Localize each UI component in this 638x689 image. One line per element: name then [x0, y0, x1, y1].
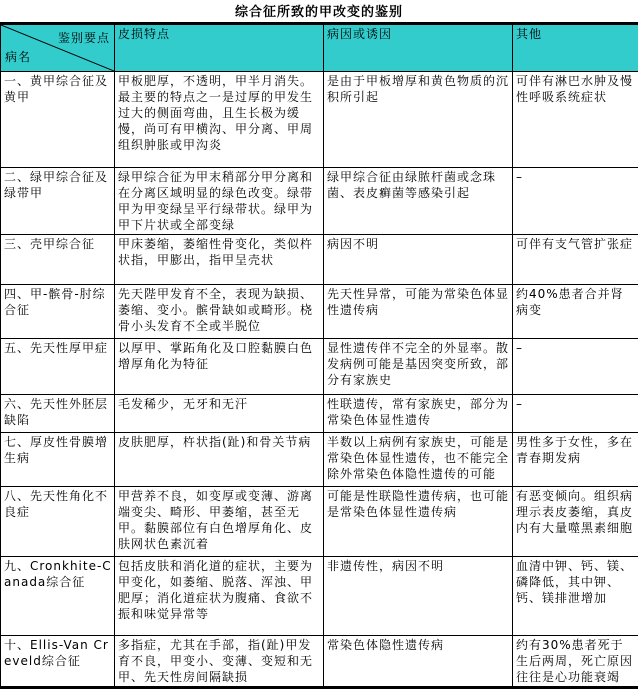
table-header: 鉴别要点 病名 皮损特点 病因或诱因 其他	[1, 24, 638, 72]
table-body: 一、黄甲综合征及黄甲 甲板肥厚，不透明，甲半月消失。最主要的特点之一是过厚的甲发…	[1, 72, 638, 688]
cause-cell: 半数以上病例有家族史，可能是常染色体显性遗传，也不能完全除外常染色体隐性遗传的可…	[324, 433, 513, 487]
disease-name-cell: 十、Ellis-Van Creveld综合征	[1, 636, 115, 688]
corner-top-label: 鉴别要点	[58, 30, 110, 46]
cause-cell: 常染色体隐性遗传病	[324, 636, 513, 688]
disease-name-cell: 九、Cronkhite-Canada综合征	[1, 557, 115, 636]
table-row: 九、Cronkhite-Canada综合征 包括皮肤和消化道的症状，主要为甲变化…	[1, 557, 638, 636]
differential-table: 鉴别要点 病名 皮损特点 病因或诱因 其他 一、黄甲综合征及黄甲 甲板肥厚，不透…	[0, 22, 638, 689]
lesion-cell: 甲床萎缩，萎缩性骨变化，类似杵状指，甲膨出，指甲呈壳状	[115, 235, 324, 285]
table-row: 八、先天性角化不良症 甲营养不良，如变厚或变薄、游离端变尖、畸形、甲萎缩，甚至无…	[1, 487, 638, 557]
corner-cell: 鉴别要点 病名	[1, 24, 115, 72]
lesion-cell: 毛发稀少，无牙和无汗	[115, 395, 324, 433]
cause-cell: 非遗传性，病因不明	[324, 557, 513, 636]
cause-cell: 显性遗传伴不完全的外显率。散发病例可能是基因突变所致，部分有家族史	[324, 339, 513, 395]
cause-cell: 可能是性联隐性遗传病，也可能是常染色体显性遗传病	[324, 487, 513, 557]
lesion-cell: 皮肤肥厚，杵状指(趾)和骨关节病	[115, 433, 324, 487]
page-title: 综合征所致的甲改变的鉴别	[0, 0, 638, 22]
other-cell: 约40%患者合并肾病变	[513, 285, 638, 339]
cause-cell: 病因不明	[324, 235, 513, 285]
table-row: 十、Ellis-Van Creveld综合征 多指症，尤其在手部，指(趾)甲发育…	[1, 636, 638, 688]
corner-bottom-label: 病名	[5, 49, 31, 65]
cause-cell: 先天性异常，可能为常染色体显性遗传病	[324, 285, 513, 339]
other-cell: –	[513, 339, 638, 395]
table-row: 一、黄甲综合征及黄甲 甲板肥厚，不透明，甲半月消失。最主要的特点之一是过厚的甲发…	[1, 72, 638, 168]
lesion-cell: 甲营养不良，如变厚或变薄、游离端变尖、畸形、甲萎缩，甚至无甲。黏膜部位有白色增厚…	[115, 487, 324, 557]
other-cell: 约有30%患者死于生后两周，死亡原因往往是心功能衰竭	[513, 636, 638, 688]
table-row: 五、先天性厚甲症 以厚甲、掌跖角化及口腔黏膜白色增厚角化为特征 显性遗传伴不完全…	[1, 339, 638, 395]
table-row: 二、绿甲综合征及绿带甲 绿甲综合征为甲末稍部分甲分离和在分离区域明显的绿色改变。…	[1, 168, 638, 235]
cause-cell: 绿甲综合征由绿脓杆菌或念珠菌、表皮癣菌等感染引起	[324, 168, 513, 235]
lesion-cell: 以厚甲、掌跖角化及口腔黏膜白色增厚角化为特征	[115, 339, 324, 395]
lesion-cell: 先天陛甲发育不全，表现为缺损、萎缩、变小。髌骨缺如或畸形。桡骨小头发育不全或半脱…	[115, 285, 324, 339]
other-cell: 男性多于女性，多在青春期发病	[513, 433, 638, 487]
disease-name-cell: 六、先天性外胚层缺陷	[1, 395, 115, 433]
col-header-other: 其他	[513, 24, 638, 72]
disease-name-cell: 五、先天性厚甲症	[1, 339, 115, 395]
lesion-cell: 甲板肥厚，不透明，甲半月消失。最主要的特点之一是过厚的甲发生过大的侧面弯曲，且生…	[115, 72, 324, 168]
table-row: 四、甲-髌骨-肘综合征 先天陛甲发育不全，表现为缺损、萎缩、变小。髌骨缺如或畸形…	[1, 285, 638, 339]
other-cell: –	[513, 395, 638, 433]
disease-name-cell: 七、厚皮性骨膜增生病	[1, 433, 115, 487]
table-row: 三、壳甲综合征 甲床萎缩，萎缩性骨变化，类似杵状指，甲膨出，指甲呈壳状 病因不明…	[1, 235, 638, 285]
col-header-cause: 病因或诱因	[324, 24, 513, 72]
disease-name-cell: 八、先天性角化不良症	[1, 487, 115, 557]
disease-name-cell: 三、壳甲综合征	[1, 235, 115, 285]
other-cell: –	[513, 168, 638, 235]
lesion-cell: 包括皮肤和消化道的症状，主要为甲变化，如萎缩、脱落、浑浊、甲肥厚；消化道症状为腹…	[115, 557, 324, 636]
other-cell: 可伴有淋巴水肿及慢性呼吸系统症状	[513, 72, 638, 168]
lesion-cell: 多指症，尤其在手部，指(趾)甲发育不良，甲变小、变薄、变短和无甲、先天性房间隔缺…	[115, 636, 324, 688]
table-row: 六、先天性外胚层缺陷 毛发稀少，无牙和无汗 性联遗传，常有家族史，部分为常染色体…	[1, 395, 638, 433]
lesion-cell: 绿甲综合征为甲末稍部分甲分离和在分离区域明显的绿色改变。绿带甲为甲变绿呈平行绿带…	[115, 168, 324, 235]
disease-name-cell: 四、甲-髌骨-肘综合征	[1, 285, 115, 339]
col-header-lesion: 皮损特点	[115, 24, 324, 72]
other-cell: 有恶变倾向。组织病理示表皮萎缩，真皮内有大量噬黑素细胞	[513, 487, 638, 557]
cause-cell: 性联遗传，常有家族史，部分为常染色体显性遗传	[324, 395, 513, 433]
cause-cell: 是由于甲板增厚和黄色物质的沉积所引起	[324, 72, 513, 168]
disease-name-cell: 二、绿甲综合征及绿带甲	[1, 168, 115, 235]
other-cell: 可伴有支气管扩张症	[513, 235, 638, 285]
table-row: 七、厚皮性骨膜增生病 皮肤肥厚，杵状指(趾)和骨关节病 半数以上病例有家族史，可…	[1, 433, 638, 487]
other-cell: 血清中钾、钙、镁、磷降低，其中钾、钙、镁排泄增加	[513, 557, 638, 636]
disease-name-cell: 一、黄甲综合征及黄甲	[1, 72, 115, 168]
